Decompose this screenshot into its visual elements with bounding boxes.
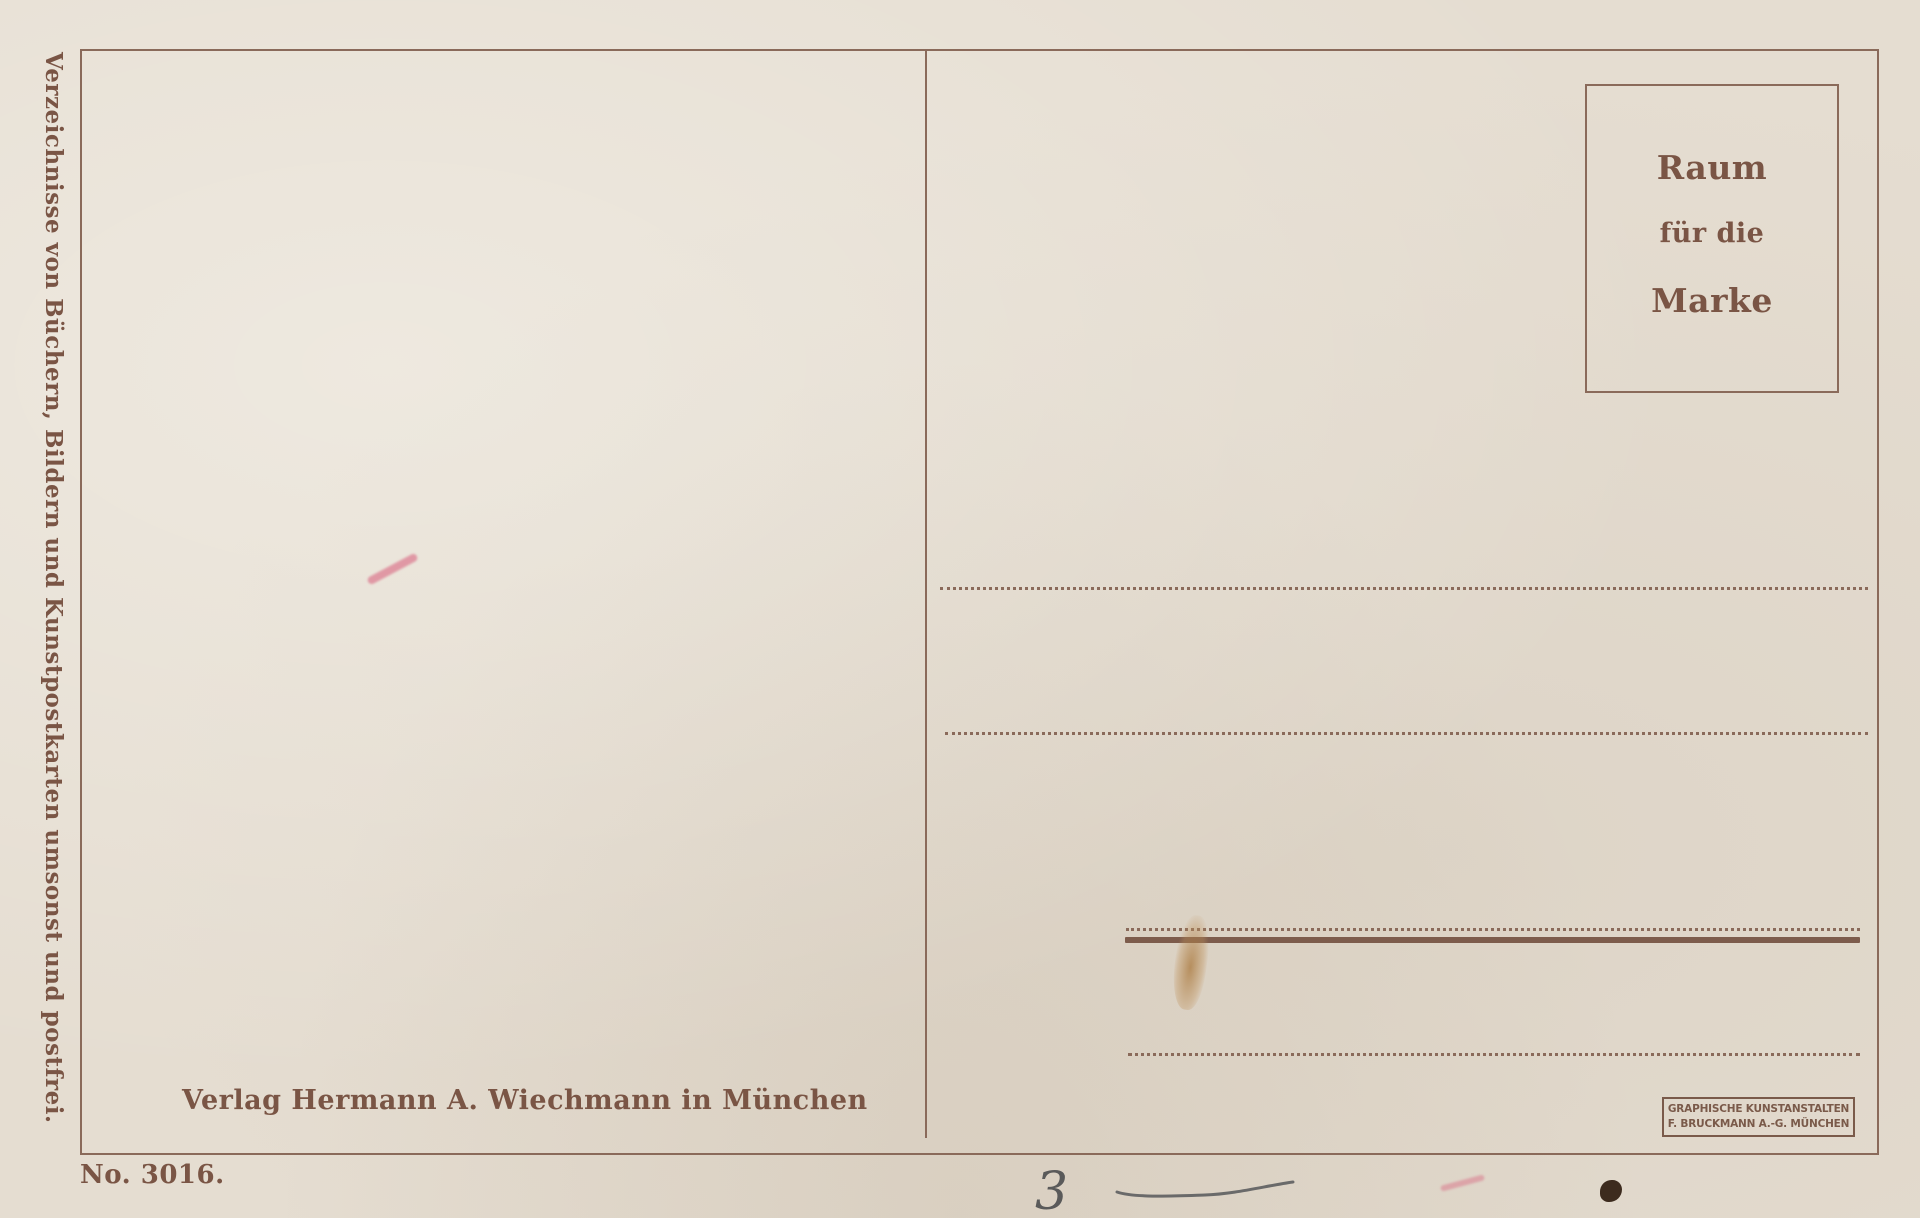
frame-right-border <box>1877 49 1879 1155</box>
address-line-3 <box>1126 928 1860 931</box>
address-underline-thick <box>1125 937 1860 943</box>
frame-top-border <box>80 49 1879 51</box>
frame-bottom-border <box>80 1153 1879 1155</box>
pink-ink-mark <box>366 553 418 586</box>
printer-mark-line-2: F. BRUCKMANN A.-G. MÜNCHEN <box>1664 1117 1853 1132</box>
center-divider <box>925 50 927 1138</box>
stamp-box: Raum für die Marke <box>1585 84 1839 393</box>
pencil-stroke <box>1115 1180 1295 1202</box>
catalog-number: No. 3016. <box>80 1160 225 1190</box>
address-line-4 <box>1128 1053 1860 1056</box>
printer-mark-line-1: GRAPHISCHE KUNSTANSTALTEN <box>1664 1102 1853 1117</box>
address-line-1 <box>940 587 1868 590</box>
address-line-2 <box>945 732 1868 735</box>
handwritten-pencil-number: 3 <box>1035 1166 1068 1218</box>
dark-spot <box>1600 1180 1622 1202</box>
printer-mark: GRAPHISCHE KUNSTANSTALTEN F. BRUCKMANN A… <box>1662 1097 1855 1137</box>
publisher-line: Verlag Hermann A. Wiechmann in München <box>182 1085 868 1116</box>
pink-ink-mark-bottom <box>1440 1174 1485 1191</box>
vertical-catalog-caption: Verzeichnisse von Büchern, Bildern und K… <box>38 52 68 1156</box>
stamp-box-line-2: für die <box>1587 218 1837 249</box>
stamp-box-line-3: Marke <box>1587 281 1837 320</box>
stamp-box-line-1: Raum <box>1587 148 1837 187</box>
frame-left-border <box>80 49 82 1155</box>
